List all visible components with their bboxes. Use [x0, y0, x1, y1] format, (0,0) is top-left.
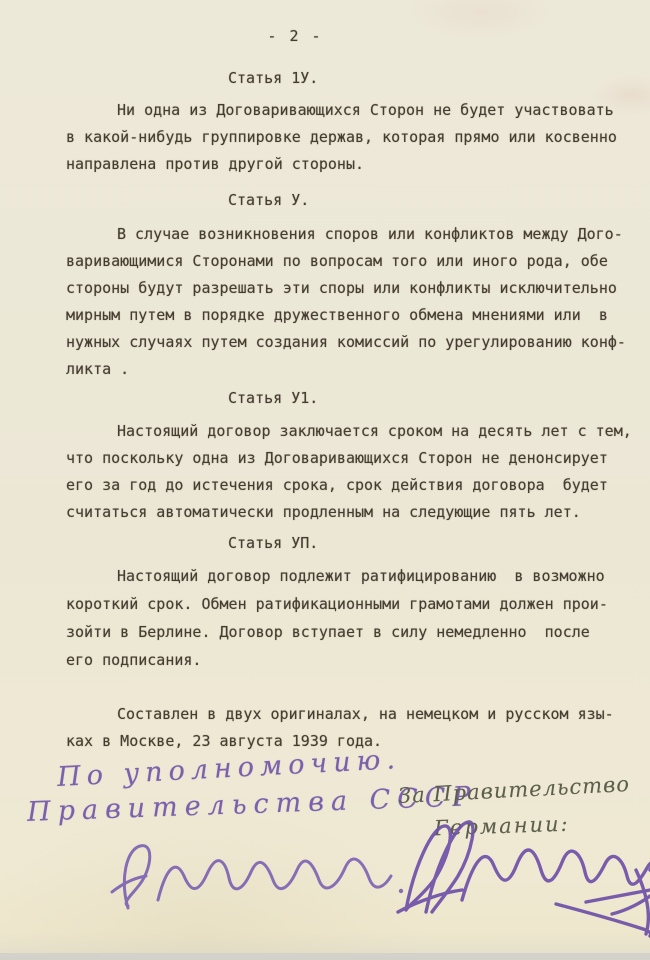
paragraph-line: Настоящий договор заключается сроком на …: [66, 418, 636, 445]
paragraph-line: Ни одна из Договаривающихся Сторон не бу…: [66, 97, 636, 124]
article-6-paragraph: Настоящий договор заключается сроком на …: [66, 418, 636, 526]
paragraph-line: что поскольку одна из Договаривающихся С…: [66, 445, 636, 472]
paragraph-line: варивающимися Сторонами по вопросам того…: [66, 248, 636, 275]
paragraph-line: В случае возникновения споров или конфли…: [66, 221, 636, 248]
paragraph-line: нужных случаях путем создания комиссий п…: [66, 329, 636, 356]
paragraph-line: ликта .: [66, 356, 636, 383]
article-5-paragraph: В случае возникновения споров или конфли…: [66, 221, 636, 383]
article-4-paragraph: Ни одна из Договаривающихся Сторон не бу…: [66, 97, 636, 178]
article-4-heading: Статья 1У.: [228, 69, 318, 87]
paragraph-line: считаться автоматически продленным на сл…: [66, 499, 636, 526]
paragraph-line: короткий срок. Обмен ратификационными гр…: [66, 590, 636, 618]
paragraph-line: мирным путем в порядке дружественного об…: [66, 302, 636, 329]
molotov-signature-scrawl: [112, 846, 403, 908]
article-6-heading: Статья У1.: [228, 389, 318, 407]
article-5-heading: Статья У.: [228, 191, 309, 209]
germany-signature-caption-line1: За Правительство: [398, 772, 631, 808]
paragraph-line: стороны будут разрешать эти споры или ко…: [66, 275, 636, 302]
paragraph-line: в какой-нибудь группировке держав, котор…: [66, 124, 636, 151]
paragraph-line: Составлен в двух оригиналах, на немецком…: [66, 701, 636, 728]
article-7-paragraph: Настоящий договор подлежит ратифицирован…: [66, 562, 636, 674]
article-7-heading: Статья УП.: [228, 534, 318, 552]
germany-signature-caption-line2: Германии:: [434, 812, 570, 841]
paragraph-line: направлена против другой стороны.: [66, 151, 636, 178]
paragraph-line: его за год до истечения срока, срок дейс…: [66, 472, 636, 499]
paragraph-line: его подписания.: [66, 646, 636, 674]
scan-bottom-edge: [0, 953, 650, 960]
paragraph-line: зойти в Берлине. Договор вступает в силу…: [66, 618, 636, 646]
paragraph-line: Настоящий договор подлежит ратифицирован…: [66, 562, 636, 590]
page-number: - 2 -: [0, 27, 620, 45]
document-page: - 2 - Статья 1У. Ни одна из Договаривающ…: [0, 0, 650, 960]
